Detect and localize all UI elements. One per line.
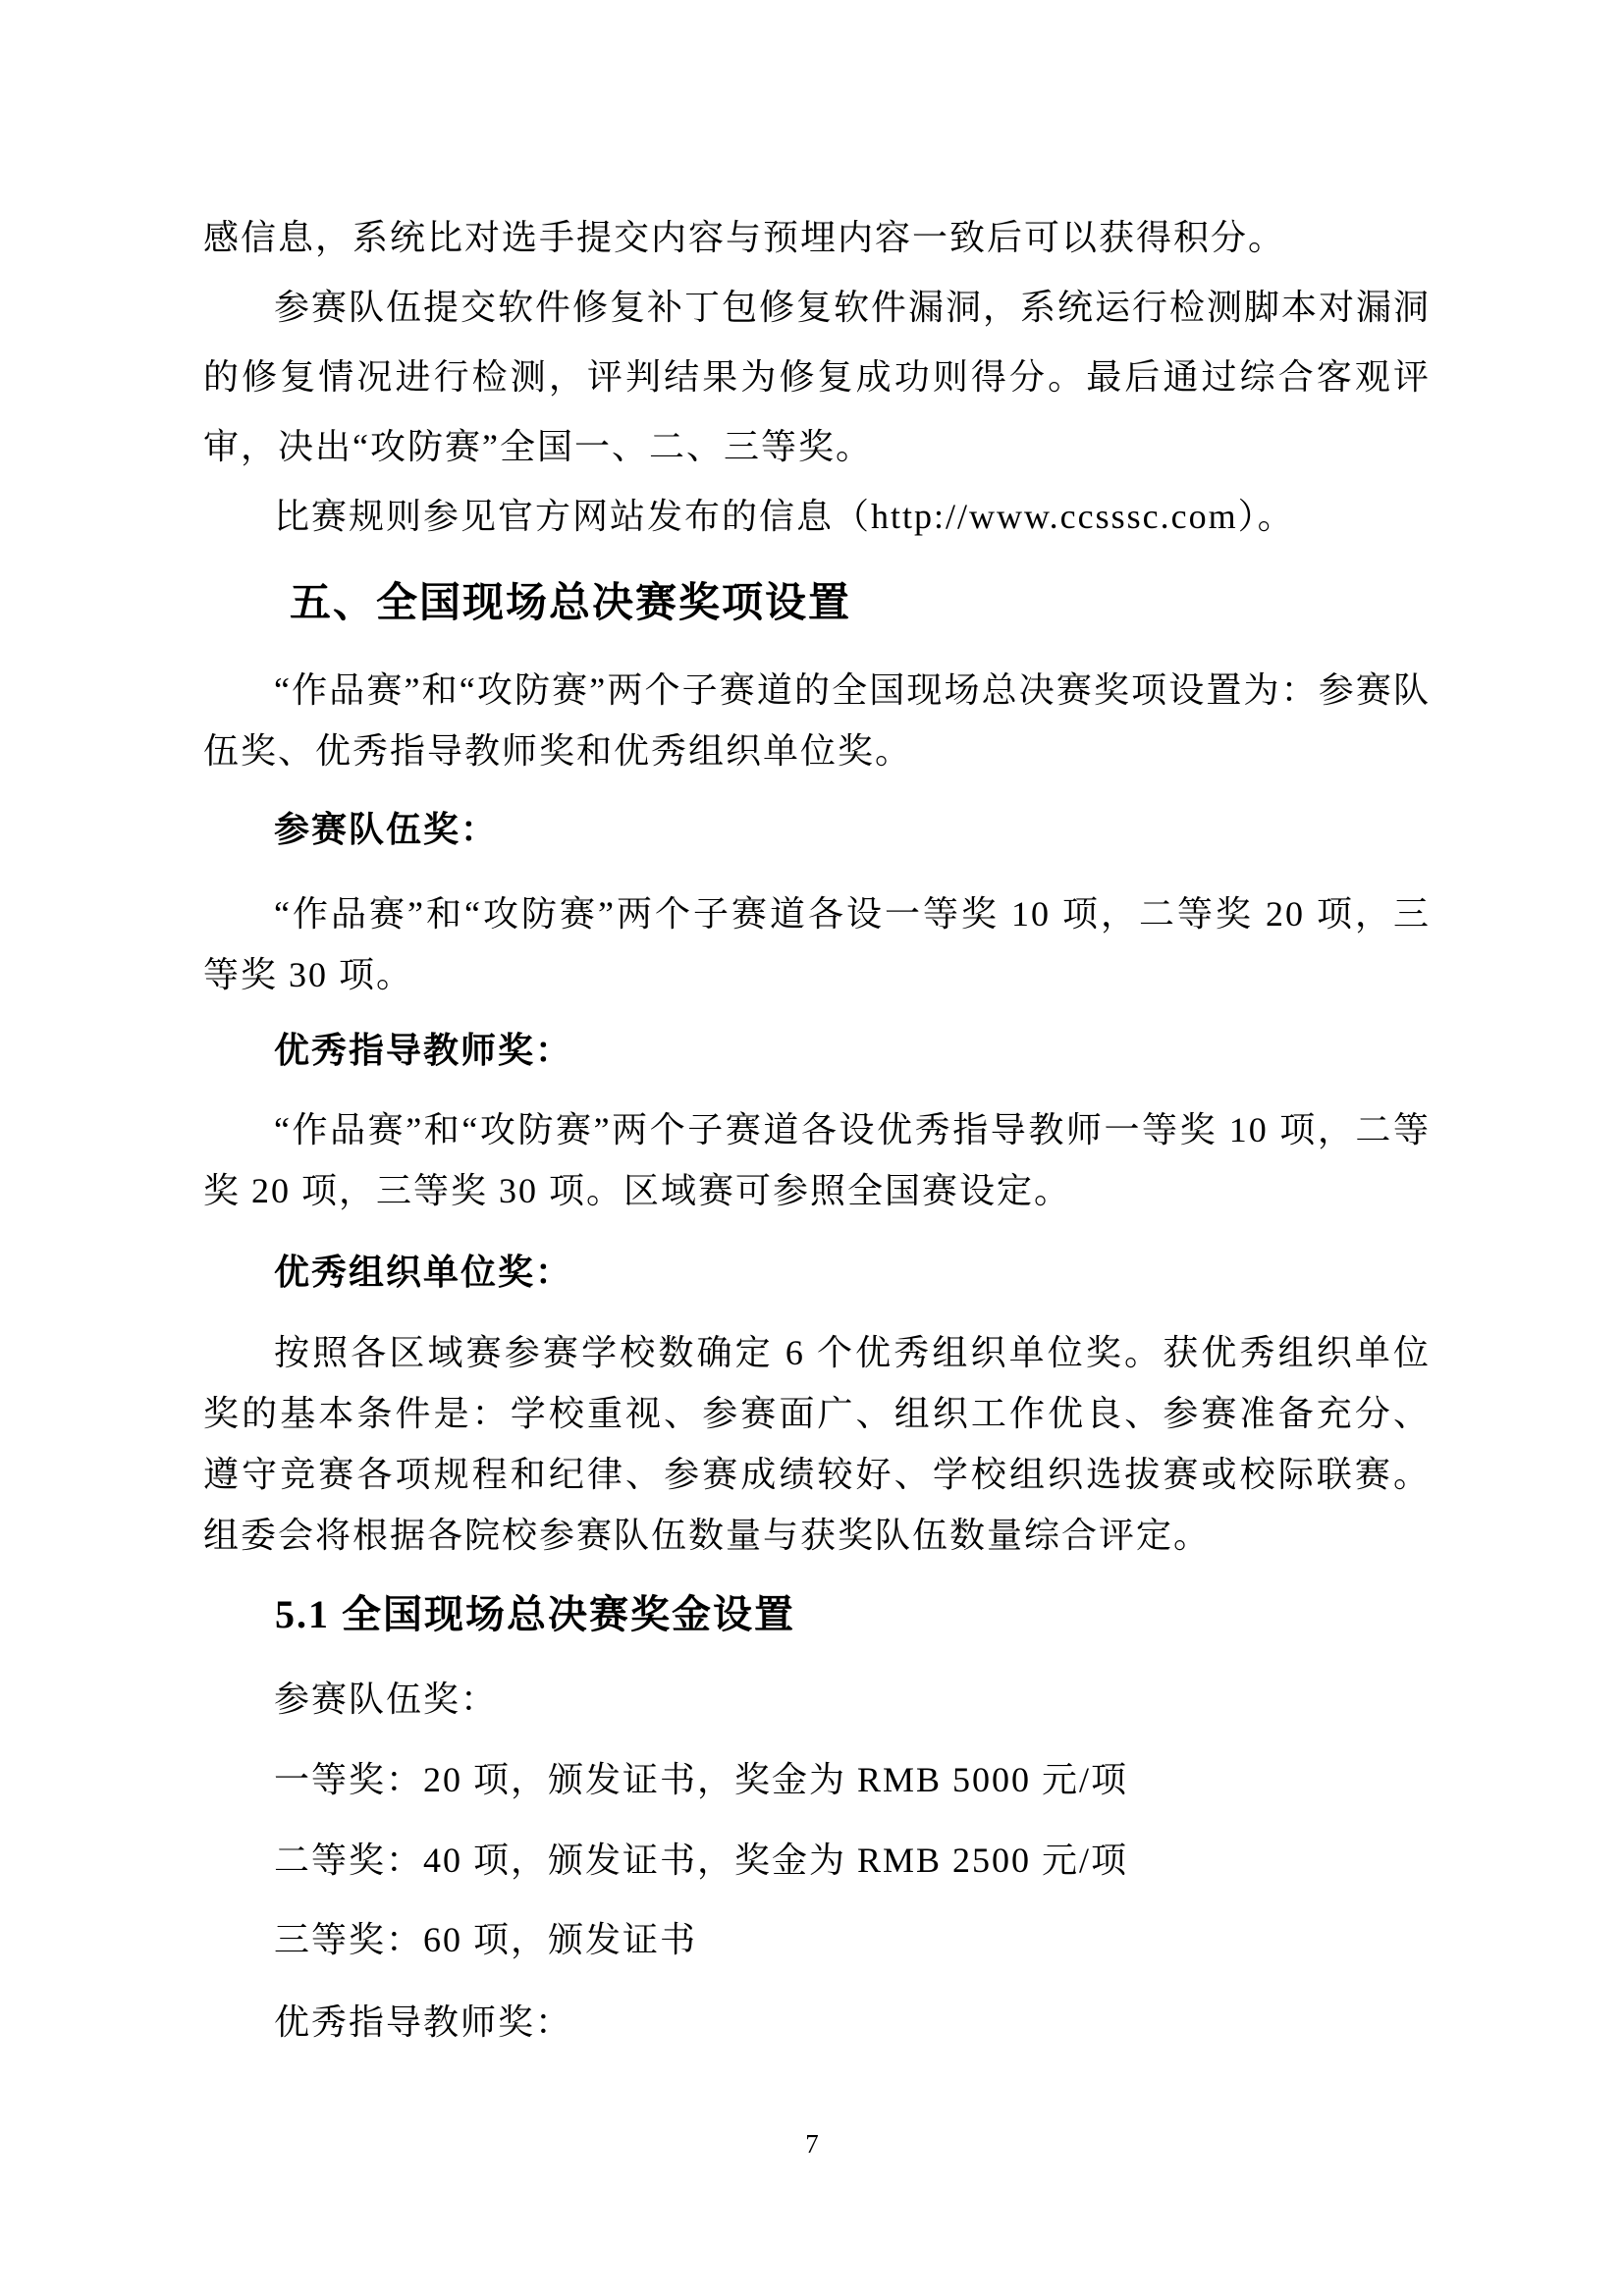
line-third-prize: 三等奖：60 项，颁发证书 bbox=[203, 1909, 1431, 1970]
label-team-award: 参赛队伍奖： bbox=[203, 799, 1431, 860]
label-teacher-award-prizes: 优秀指导教师奖： bbox=[203, 1992, 1431, 2053]
prize-money-section: 参赛队伍奖： 一等奖：20 项，颁发证书，奖金为 RMB 5000 元/项 二等… bbox=[203, 1669, 1431, 2053]
awards-section: “作品赛”和“攻防赛”两个子赛道的全国现场总决赛奖项设置为：参赛队伍奖、优秀指导… bbox=[203, 660, 1431, 1566]
line-first-prize: 一等奖：20 项，颁发证书，奖金为 RMB 5000 元/项 bbox=[203, 1749, 1431, 1810]
label-organization-award: 优秀组织单位奖： bbox=[203, 1242, 1431, 1303]
paragraph-teacher-award: “作品赛”和“攻防赛”两个子赛道各设优秀指导教师一等奖 10 项，二等奖 20 … bbox=[203, 1099, 1431, 1221]
line-second-prize: 二等奖：40 项，颁发证书，奖金为 RMB 2500 元/项 bbox=[203, 1830, 1431, 1891]
document-body: 感信息，系统比对选手提交内容与预埋内容一致后可以获得积分。 参赛队伍提交软件修复… bbox=[203, 203, 1431, 2053]
section-heading-5-1: 5.1 全国现场总决赛奖金设置 bbox=[203, 1586, 1431, 1643]
section-heading-5: 五、全国现场总决赛奖项设置 bbox=[203, 574, 1431, 631]
label-teacher-award: 优秀指导教师奖： bbox=[203, 1020, 1431, 1081]
paragraph-team-award: “作品赛”和“攻防赛”两个子赛道各设一等奖 10 项，二等奖 20 项，三等奖 … bbox=[203, 883, 1431, 1005]
page-number: 7 bbox=[0, 2128, 1624, 2160]
paragraph-organization-award: 按照各区域赛参赛学校数确定 6 个优秀组织单位奖。获优秀组织单位奖的基本条件是：… bbox=[203, 1322, 1431, 1566]
intro-section: 感信息，系统比对选手提交内容与预埋内容一致后可以获得积分。 参赛队伍提交软件修复… bbox=[203, 203, 1431, 552]
paragraph-awards-intro: “作品赛”和“攻防赛”两个子赛道的全国现场总决赛奖项设置为：参赛队伍奖、优秀指导… bbox=[203, 660, 1431, 781]
paragraph-rules-website: 比赛规则参见官方网站发布的信息（http://www.ccsssc.com）。 bbox=[203, 482, 1431, 552]
paragraph-continuation: 感信息，系统比对选手提交内容与预埋内容一致后可以获得积分。 bbox=[203, 203, 1431, 273]
document-page: 感信息，系统比对选手提交内容与预埋内容一致后可以获得积分。 参赛队伍提交软件修复… bbox=[0, 0, 1624, 2296]
paragraph-patch-scoring: 参赛队伍提交软件修复补丁包修复软件漏洞，系统运行检测脚本对漏洞的修复情况进行检测… bbox=[203, 273, 1431, 482]
label-team-award-prizes: 参赛队伍奖： bbox=[203, 1669, 1431, 1730]
